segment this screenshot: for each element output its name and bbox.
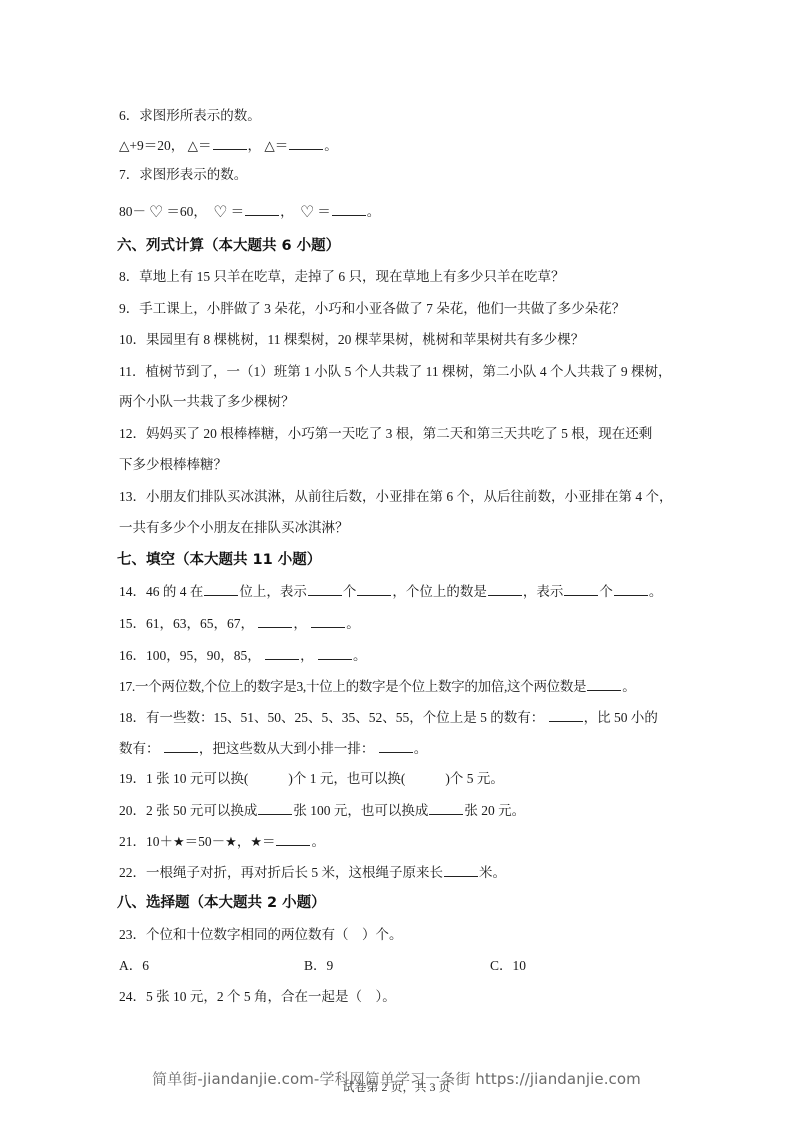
q-text: 数有：	[119, 741, 160, 756]
question-8: 8．草地上有 15 只羊在吃草，走掉了 6 只，现在草地上有多少只羊在吃草？	[119, 268, 565, 286]
q-text: ＝	[262, 834, 276, 849]
eq-text: △+9＝20，	[119, 138, 184, 153]
question-6-equation: △+9＝20， △＝， △＝。	[119, 136, 338, 154]
heart-icon: ♡	[149, 203, 163, 221]
answer-blank[interactable]	[311, 614, 345, 628]
answer-blank[interactable]	[289, 136, 323, 150]
answer-blank[interactable]	[258, 614, 292, 628]
q-text: 个	[599, 584, 613, 599]
separator: ，	[248, 138, 262, 153]
q-text: ，表示	[523, 584, 564, 599]
q-text: ，把这些数从大到小排一排：	[199, 741, 375, 756]
question-13-line-2: 一共有多少个小朋友在排队买冰淇淋？	[119, 519, 349, 537]
question-23: 23．个位和十位数字相同的两位数有（ ）个。	[119, 926, 403, 944]
answer-blank[interactable]	[213, 136, 247, 150]
question-19: 19．1 张 10 元可以换()个 1 元，也可以换()个 5 元。	[119, 770, 504, 788]
heart-icon: ♡	[300, 203, 314, 221]
answer-blank[interactable]	[429, 801, 463, 815]
option-b[interactable]: B．9	[304, 957, 333, 975]
question-11-line-1: 11．植树节到了，一（1）班第 1 小队 5 个人共栽了 11 棵树，第二小队 …	[119, 363, 672, 381]
eq-text: ＝	[317, 204, 331, 219]
end-mark: 。	[367, 204, 381, 219]
q-text: 。	[622, 679, 635, 694]
question-11-line-2: 两个小队一共栽了多少棵树？	[119, 393, 295, 411]
section-6-heading: 六、列式计算（本大题共 6 小题）	[117, 236, 340, 256]
triangle-answer-label: △＝	[188, 138, 212, 153]
answer-blank[interactable]	[332, 202, 366, 216]
answer-blank[interactable]	[265, 646, 299, 660]
q-text: 18．有一些数：15、51、50、25、5、35、52、55，个位上是 5 的数…	[119, 710, 544, 725]
question-13-line-1: 13．小朋友们排队买冰淇淋，从前往后数，小亚排在第 6 个，从后往前数，小亚排在…	[119, 488, 673, 506]
answer-blank[interactable]	[308, 582, 342, 596]
question-22: 22．一根绳子对折，再对折后长 5 米，这根绳子原来长米。	[119, 863, 506, 881]
end-mark: 。	[324, 138, 338, 153]
q-text: 20．2 张 50 元可以换成	[119, 803, 257, 818]
answer-blank[interactable]	[564, 582, 598, 596]
star-icon: ★	[173, 834, 185, 852]
answer-blank[interactable]	[204, 582, 238, 596]
question-24: 24．5 张 10 元，2 个 5 角，合在一起是（ ）。	[119, 988, 396, 1006]
eq-text: ＝60，	[166, 204, 207, 219]
watermark: 简单街-jiandanjie.com-学科网简单学习一条街 https://ji…	[0, 1068, 793, 1089]
section-7-heading: 七、填空（本大题共 11 小题）	[117, 550, 321, 570]
q-text: 米。	[479, 865, 506, 880]
q-text: ，	[237, 834, 251, 849]
question-7-equation: 80－♡＝60， ♡＝， ♡＝。	[119, 202, 380, 220]
question-12-line-2: 下多少根棒棒糖？	[119, 456, 227, 474]
q-text: 。	[353, 648, 367, 663]
question-9: 9．手工课上，小胖做了 3 朵花，小巧和小亚各做了 7 朵花，他们一共做了多少朵…	[119, 300, 625, 318]
question-20: 20．2 张 50 元可以换成张 100 元，也可以换成张 20 元。	[119, 801, 525, 819]
q-text: 16．100，95，90，85，	[119, 648, 261, 663]
answer-blank[interactable]	[444, 863, 478, 877]
question-17: 17.一个两位数,个位上的数字是3,十位上的数字是个位上数字的加倍,这个两位数是…	[119, 677, 635, 695]
q-text: )个 1 元，也可以换(	[288, 771, 405, 786]
question-16: 16．100，95，90，85， ， 。	[119, 646, 367, 664]
answer-blank[interactable]	[549, 708, 583, 722]
answer-blank[interactable]	[587, 677, 621, 691]
q-text: ，比 50 小的	[584, 710, 658, 725]
q-text: )个 5 元。	[445, 771, 504, 786]
answer-blank[interactable]	[379, 739, 413, 753]
question-18-line-2: 数有： ，把这些数从大到小排一排： 。	[119, 739, 427, 757]
q-text: ，	[293, 616, 307, 631]
q-text: 21．10＋	[119, 834, 173, 849]
q-text: 22．一根绳子对折，再对折后长 5 米，这根绳子原来长	[119, 865, 443, 880]
q-text: ，个位上的数是	[392, 584, 487, 599]
q-text: 张 100 元，也可以换成	[293, 803, 428, 818]
answer-blank[interactable]	[488, 582, 522, 596]
answer-blank[interactable]	[258, 801, 292, 815]
option-a[interactable]: A．6	[119, 957, 149, 975]
section-8-heading: 八、选择题（本大题共 2 小题）	[117, 893, 326, 913]
option-c[interactable]: C．10	[490, 957, 526, 975]
q-text: 15．61，63，65，67，	[119, 616, 254, 631]
answer-blank[interactable]	[276, 832, 310, 846]
triangle-answer-label: △＝	[264, 138, 288, 153]
q-text: 位上，表示	[239, 584, 307, 599]
star-icon: ★	[225, 834, 237, 852]
q-text: 。	[311, 834, 325, 849]
q-text: ＝50－	[185, 834, 226, 849]
eq-text: ＝	[231, 204, 245, 219]
question-14: 14．46 的 4 在位上，表示个，个位上的数是，表示个。	[119, 582, 662, 600]
star-icon: ★	[250, 834, 262, 852]
q-text: 张 20 元。	[464, 803, 525, 818]
q-text: 19．1 张 10 元可以换(	[119, 771, 248, 786]
separator: ，	[280, 204, 294, 219]
question-10: 10．果园里有 8 棵桃树，11 棵梨树，20 棵苹果树，桃树和苹果树共有多少棵…	[119, 331, 584, 349]
question-12-line-1: 12．妈妈买了 20 根棒棒糖，小巧第一天吃了 3 根，第二天和第三天共吃了 5…	[119, 425, 652, 443]
answer-blank[interactable]	[357, 582, 391, 596]
eq-text: 80－	[119, 204, 146, 219]
heart-icon: ♡	[213, 203, 227, 221]
q-text: 。	[414, 741, 428, 756]
question-15: 15．61，63，65，67， ， 。	[119, 614, 360, 632]
question-18-line-1: 18．有一些数：15、51、50、25、5、35、52、55，个位上是 5 的数…	[119, 708, 658, 726]
question-23-options: A．6 B．9 C．10	[119, 957, 639, 975]
q-text: 17.一个两位数,个位上的数字是3,十位上的数字是个位上数字的加倍,这个两位数是	[119, 679, 586, 694]
q-text: 个	[343, 584, 357, 599]
answer-blank[interactable]	[164, 739, 198, 753]
answer-blank[interactable]	[614, 582, 648, 596]
q-text: ，	[300, 648, 314, 663]
question-7-title: 7．求图形表示的数。	[119, 166, 247, 184]
answer-blank[interactable]	[318, 646, 352, 660]
q-text: 14．46 的 4 在	[119, 584, 203, 599]
q-text: 。	[649, 584, 663, 599]
question-21: 21．10＋★＝50－★，★＝。	[119, 832, 325, 850]
question-6-title: 6．求图形所表示的数。	[119, 107, 261, 125]
q-text: 。	[346, 616, 360, 631]
answer-blank[interactable]	[245, 202, 279, 216]
